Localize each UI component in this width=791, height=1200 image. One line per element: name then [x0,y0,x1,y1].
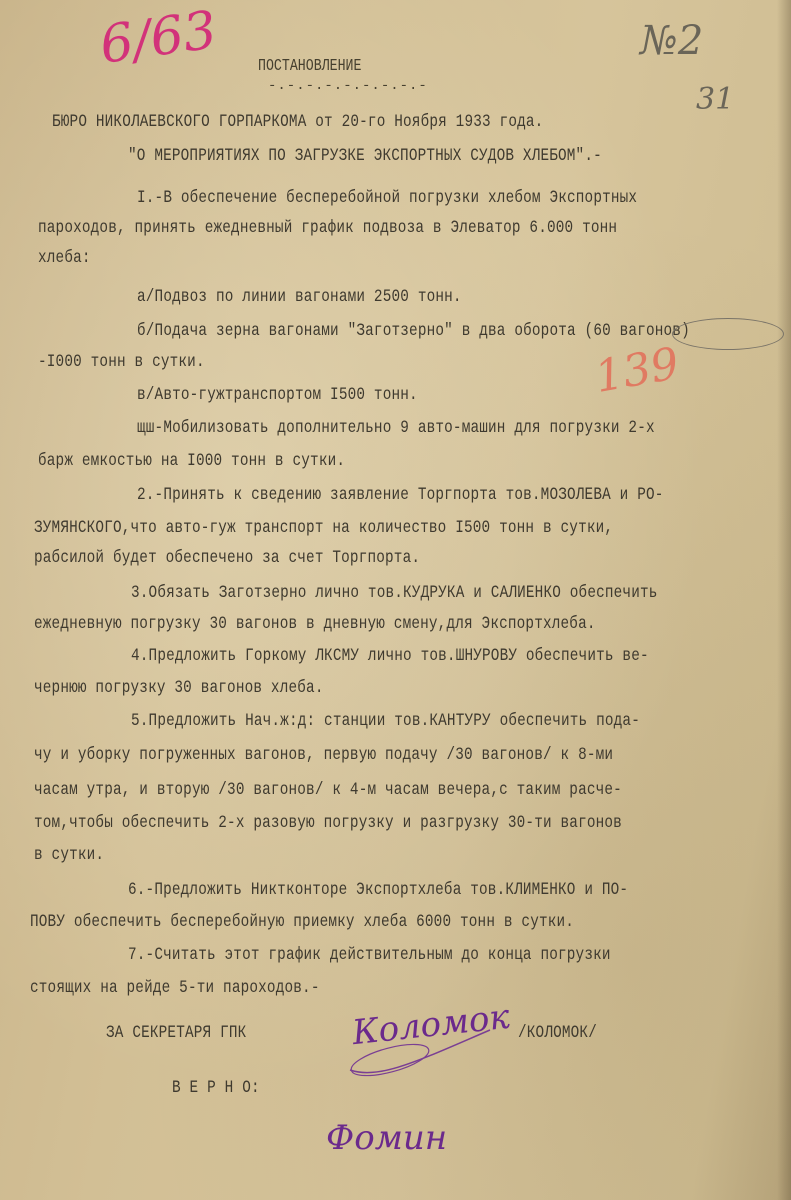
body-line: 6.-Предложить Никтконторе Экспортхлеба т… [128,880,628,900]
body-line: 3.Обязать Заготзерно лично тов.КУДРУКА и… [131,583,658,603]
body-line: 2.-Принять к сведению заявление Торгпорт… [137,485,664,505]
body-line: б/Подача зерна вагонами "Заготзерно" в д… [137,321,690,341]
body-line: в/Авто-гужтранспортом I500 тонн. [137,385,418,405]
body-line: I.-В обеспечение бесперебойной погрузки … [137,188,637,208]
body-line: в сутки. [34,845,104,865]
body-line: щш-Мобилизовать дополнительно 9 авто-маш… [137,418,655,438]
body-line: 4.Предложить Горкому ЛКСМУ лично тов.ШНУ… [131,646,649,666]
body-line: чу и уборку погруженных вагонов, первую … [34,745,613,765]
margin-number-orange: 139 [591,338,683,403]
sheet-number-pencil: №2 [640,18,703,64]
certified-signature: Фомин [326,1118,447,1158]
body-line: чернюю погрузку 30 вагонов хлеба. [34,678,324,698]
document-title: ПОСТАНОВЛЕНИЕ [258,57,361,76]
title-underline: -.-.-.-.-.-.-.-.- [268,78,428,94]
body-line: 7.-Считать этот график действительным до… [128,945,611,965]
header-line-2: "О МЕРОПРИЯТИЯХ ПО ЗАГРУЗКЕ ЭКСПОРТНЫХ С… [128,146,602,166]
body-line: ПОВУ обеспечить бесперебойную приемку хл… [30,912,574,932]
page-number-pencil: 31 [696,82,734,117]
body-line: ЗУМЯНСКОГО,что авто-гуж транспорт на кол… [34,518,613,538]
document-page: 6/63 №2 31 139 ПОСТАНОВЛЕНИЕ -.-.-.-.-.-… [0,0,791,1200]
body-line: -I000 тонн в сутки. [38,352,205,372]
pencil-circle [672,318,784,350]
signature-stroke [340,1020,500,1080]
body-line: стоящих на рейде 5-ти пароходов.- [30,978,320,998]
signature-label: ЗА СЕКРЕТАРЯ ГПК [106,1023,246,1043]
body-line: часам утра, и вторую /30 вагонов/ к 4-м … [34,780,622,800]
body-line: пароходов, принять ежедневный график под… [38,218,617,238]
certified-label: В Е Р Н О: [172,1078,260,1098]
body-line: барж емкостью на I000 тонн в сутки. [38,451,345,471]
archive-number-red: 6/63 [96,0,220,76]
body-line: рабсилой будет обеспечено за счет Торгпо… [34,548,420,568]
body-line: 5.Предложить Нач.ж:д: станции тов.КАНТУР… [131,711,640,731]
signature-name: /КОЛОМОК/ [518,1023,597,1043]
paper-edge-shadow [777,0,791,1200]
body-line: хлеба: [38,248,91,268]
body-line: а/Подвоз по линии вагонами 2500 тонн. [137,287,462,307]
body-line: ежедневную погрузку 30 вагонов в дневную… [34,614,596,634]
header-line-1: БЮРО НИКОЛАЕВСКОГО ГОРПАРКОМА от 20-го Н… [52,112,543,132]
body-line: том,чтобы обеспечить 2-х разовую погрузк… [34,813,622,833]
